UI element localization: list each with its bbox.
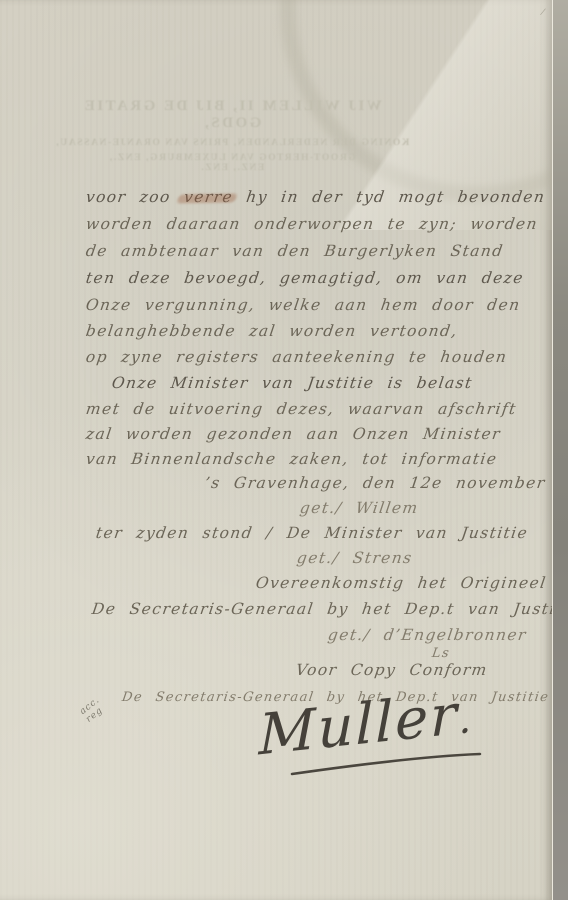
signature-period: .	[459, 696, 474, 744]
manuscript-line: van Binnenlandsche zaken, tot informatie	[85, 450, 499, 468]
bleedthrough-line: KONING DER NEDERLANDEN, PRINS VAN ORANJE…	[52, 138, 412, 148]
signature-underline	[288, 748, 488, 778]
bleedthrough-letterhead: WIJ WILLEM II, BIJ DE GRATIE GODS, KONIN…	[52, 98, 412, 173]
manuscript-line: met de uitvoering dezes, waarvan afschri…	[85, 400, 518, 418]
manuscript-line: op zyne registers aanteekening te houden	[85, 348, 509, 366]
conform-origineel: Overeenkomstig het Origineel	[255, 574, 548, 592]
manuscript-line: ten deze bevoegd, gemagtigd, om van deze	[85, 269, 525, 287]
marginal-note: acc. reg	[78, 695, 108, 724]
paper-sheet: ⁄ WIJ WILLEM II, BIJ DE GRATIE GODS, KON…	[0, 0, 553, 900]
seal-mark: Ls	[431, 646, 451, 661]
dateline: ’s Gravenhage, den 12e november 184	[204, 474, 553, 492]
document-scan: ⁄ WIJ WILLEM II, BIJ DE GRATIE GODS, KON…	[0, 0, 568, 900]
bleedthrough-line: WIJ WILLEM II, BIJ DE GRATIE GODS,	[52, 98, 412, 132]
ink-smudge	[176, 193, 237, 203]
side-note: ter zyden stond /	[95, 524, 275, 542]
manuscript-line: Onze vergunning, welke aan hem door den	[85, 296, 522, 314]
signed-king: get./ Willem	[299, 499, 420, 517]
manuscript-line: voor zoo verre hy in der tyd mogt bevond…	[85, 188, 547, 206]
secretary-general-line: De Secretaris-Generaal by het Dep.t van …	[91, 600, 553, 618]
copy-conform: Voor Copy Conform	[295, 661, 489, 679]
manuscript-line: worden daaraan onderworpen te zyn; worde…	[85, 215, 539, 233]
signed-minister: get./ Strens	[296, 549, 414, 567]
manuscript-line: belanghebbende zal worden vertoond,	[85, 322, 459, 340]
bleedthrough-line: GROOT-HERTOG VAN LUXEMBURG, ENZ., ENZ., …	[52, 153, 412, 173]
manuscript-line: Onze Minister van Justitie is belast	[111, 374, 474, 392]
manuscript-line: zal worden gezonden aan Onzen Minister	[85, 425, 502, 443]
manuscript-line: de ambtenaar van den Burgerlyken Stand	[85, 242, 505, 260]
minister-title: De Minister van Justitie	[286, 524, 530, 542]
signed-secretary: get./ d’Engelbronner	[327, 626, 528, 644]
